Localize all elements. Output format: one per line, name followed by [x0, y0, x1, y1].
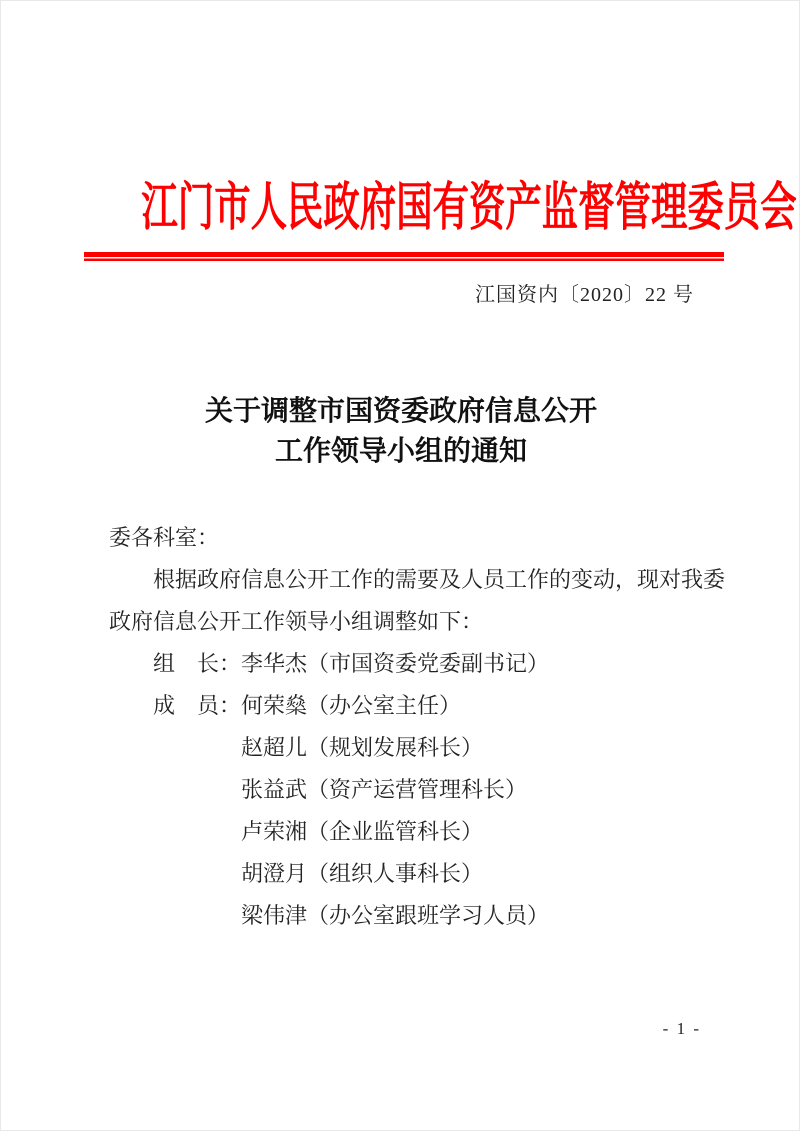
roster-person: 赵超儿（规划发展科长） [241, 727, 483, 769]
org-header-title: 江门市人民政府国有资产监督管理委员会 [141, 182, 796, 236]
roster-person: 李华杰（市国资委党委副书记） [241, 643, 549, 685]
roster-label: 成 员： [153, 685, 241, 727]
salutation: 委各科室： [109, 517, 729, 559]
red-separator-line [84, 252, 724, 261]
roster-row: 成 员：何荣燊（办公室主任） [109, 685, 729, 727]
doc-number: 江国资内〔2020〕22 号 [109, 278, 694, 307]
roster-person: 卢荣湘（企业监管科长） [241, 811, 483, 853]
document-page: 江门市人民政府国有资产监督管理委员会 江国资内〔2020〕22 号 关于调整市国… [0, 0, 800, 1131]
notice-title-line2: 工作领导小组的通知 [1, 432, 800, 472]
roster-person: 何荣燊（办公室主任） [241, 685, 461, 727]
roster-person: 张益武（资产运营管理科长） [241, 769, 527, 811]
page-number: - 1 - [1, 1019, 800, 1039]
roster-person: 梁伟津（办公室跟班学习人员） [241, 895, 549, 937]
roster-row: 张益武（资产运营管理科长） [109, 769, 729, 811]
document-body: 委各科室： 根据政府信息公开工作的需要及人员工作的变动，现对我委 政府信息公开工… [109, 517, 729, 937]
roster-row: 卢荣湘（企业监管科长） [109, 811, 729, 853]
notice-title-line1: 关于调整市国资委政府信息公开 [1, 392, 800, 432]
org-header: 江门市人民政府国有资产监督管理委员会 [1, 182, 799, 248]
body-paragraph-line1: 根据政府信息公开工作的需要及人员工作的变动，现对我委 [109, 559, 729, 601]
body-paragraph-line2: 政府信息公开工作领导小组调整如下： [109, 601, 729, 643]
roster-label: 组 长： [153, 643, 241, 685]
roster-row: 组 长：李华杰（市国资委党委副书记） [109, 643, 729, 685]
notice-title: 关于调整市国资委政府信息公开 工作领导小组的通知 [1, 392, 800, 472]
roster-row: 梁伟津（办公室跟班学习人员） [109, 895, 729, 937]
roster-person: 胡澄月（组织人事科长） [241, 853, 483, 895]
roster-row: 赵超儿（规划发展科长） [109, 727, 729, 769]
roster-row: 胡澄月（组织人事科长） [109, 853, 729, 895]
